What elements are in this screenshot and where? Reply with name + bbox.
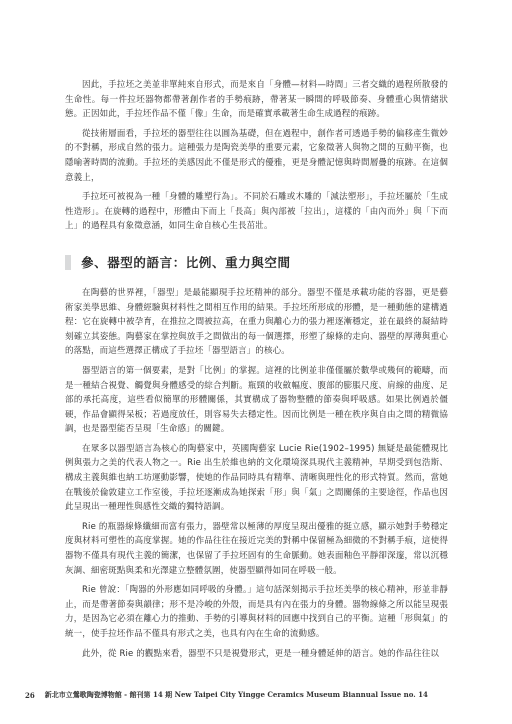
paragraph: 在陶藝的世界裡，「器型」是最能顯現手拉坯精神的部分。器型不僅是承載功能的容器，更… (65, 286, 448, 359)
paragraph: 因此，手拉坯之美並非單純來自形式，而是來自「身體—材料—時間」三者交織的過程所散… (65, 78, 448, 122)
page-number: 26 (25, 691, 35, 700)
document-page: 因此，手拉坯之美並非單純來自形式，而是來自「身體—材料—時間」三者交織的過程所散… (0, 0, 512, 724)
paragraph: 手拉坯可被視為一種「身體的雕塑行為」。不同於石雕或木雕的「減法塑形」，手拉坯屬於… (65, 190, 448, 234)
paragraph: 從技術層面看，手拉坯的器型往往以圓為基礎，但在過程中，創作者可透過手勢的偏移產生… (65, 127, 448, 185)
paragraph: 器型語言的第一個要素，是對「比例」的掌握。這裡的比例並非僅僅屬於數學或幾何的範疇… (65, 364, 448, 437)
paragraph: Rie 曾說：「陶器的外形應如同呼吸的身體。」這句話深刻揭示手拉坯美學的核心精神… (65, 583, 448, 641)
paragraph: 在眾多以器型語言為核心的陶藝家中，英國陶藝家 Lucie Rie(1902–19… (65, 442, 448, 515)
paragraph: Rie 的瓶器線條纖細而富有張力，器壁常以極薄的厚度呈現出優雅的挺立感，顯示她對… (65, 520, 448, 578)
publication-title: 新北市立鶯歌陶瓷博物館 - 館刊第 14 期 New Taipei City Y… (45, 690, 428, 700)
article-body: 因此，手拉坯之美並非單純來自形式，而是來自「身體—材料—時間」三者交織的過程所散… (65, 78, 448, 666)
section-heading: 參、器型的語言：比例、重力與空間 (65, 254, 448, 272)
heading-bar-decoration (65, 255, 71, 270)
paragraph: 此外，從 Rie 的觀點來看，器型不只是視覺形式，更是一種身體延伸的語言。她的作… (65, 647, 448, 662)
page-footer: 26 新北市立鶯歌陶瓷博物館 - 館刊第 14 期 New Taipei Cit… (25, 688, 428, 702)
section-heading-text: 參、器型的語言：比例、重力與空間 (81, 256, 291, 271)
